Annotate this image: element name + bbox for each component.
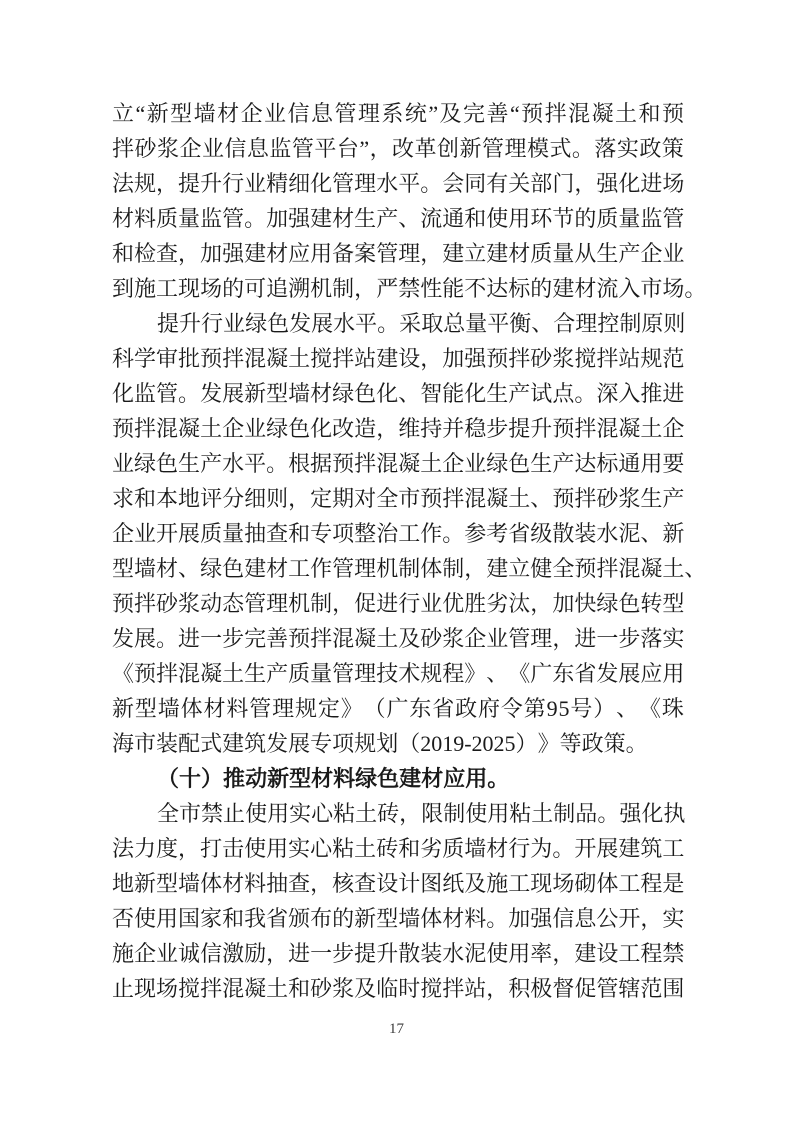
- text-line: 科学审批预拌混凝土搅拌站建设，加强预拌砂浆搅拌站规范: [112, 341, 684, 376]
- paragraph: 立“新型墙材企业信息管理系统”及完善“预拌混凝土和预拌砂浆企业信息监管平台”，改…: [112, 96, 684, 306]
- text-line: 提升行业绿色发展水平。采取总量平衡、合理控制原则: [112, 306, 684, 341]
- text-line: 新型墙体材料管理规定》（广东省政府令第95号）、《珠: [112, 691, 684, 726]
- text-line: 业绿色生产水平。根据预拌混凝土企业绿色生产达标通用要: [112, 446, 684, 481]
- text-line: 止现场搅拌混凝土和砂浆及临时搅拌站，积极督促管辖范围: [112, 971, 684, 1006]
- text-line: 型墙材、绿色建材工作管理机制体制，建立健全预拌混凝土、: [112, 551, 684, 586]
- text-line: 和检查，加强建材应用备案管理，建立建材质量从生产企业: [112, 236, 684, 271]
- text-line: 海市装配式建筑发展专项规划（2019-2025）》等政策。: [112, 726, 684, 761]
- text-line: 求和本地评分细则，定期对全市预拌混凝土、预拌砂浆生产: [112, 481, 684, 516]
- document-text: 立“新型墙材企业信息管理系统”及完善“预拌混凝土和预拌砂浆企业信息监管平台”，改…: [112, 96, 684, 1006]
- heading-line: （十）推动新型材料绿色建材应用。: [112, 761, 684, 796]
- text-line: 化监管。发展新型墙材绿色化、智能化生产试点。深入推进: [112, 376, 684, 411]
- paragraph: 全市禁止使用实心粘土砖，限制使用粘土制品。强化执法力度，打击使用实心粘土砖和劣质…: [112, 796, 684, 1006]
- text-line: 到施工现场的可追溯机制，严禁性能不达标的建材流入市场。: [112, 271, 684, 306]
- page-number: 17: [0, 1021, 793, 1038]
- text-line: 企业开展质量抽查和专项整治工作。参考省级散装水泥、新: [112, 516, 684, 551]
- text-line: 拌砂浆企业信息监管平台”，改革创新管理模式。落实政策: [112, 131, 684, 166]
- text-line: 全市禁止使用实心粘土砖，限制使用粘土制品。强化执: [112, 796, 684, 831]
- text-line: 立“新型墙材企业信息管理系统”及完善“预拌混凝土和预: [112, 96, 684, 131]
- text-line: 地新型墙体材料抽查，核查设计图纸及施工现场砌体工程是: [112, 866, 684, 901]
- section-heading: （十）推动新型材料绿色建材应用。: [112, 761, 684, 796]
- document-page: 立“新型墙材企业信息管理系统”及完善“预拌混凝土和预拌砂浆企业信息监管平台”，改…: [0, 0, 793, 1122]
- text-line: 法规，提升行业精细化管理水平。会同有关部门，强化进场: [112, 166, 684, 201]
- text-line: 施企业诚信激励，进一步提升散装水泥使用率，建设工程禁: [112, 936, 684, 971]
- text-line: 《预拌混凝土生产质量管理技术规程》、《广东省发展应用: [112, 656, 684, 691]
- paragraph: 提升行业绿色发展水平。采取总量平衡、合理控制原则科学审批预拌混凝土搅拌站建设，加…: [112, 306, 684, 761]
- text-line: 法力度，打击使用实心粘土砖和劣质墙材行为。开展建筑工: [112, 831, 684, 866]
- text-line: 预拌混凝土企业绿色化改造，维持并稳步提升预拌混凝土企: [112, 411, 684, 446]
- text-line: 发展。进一步完善预拌混凝土及砂浆企业管理，进一步落实: [112, 621, 684, 656]
- text-line: 预拌砂浆动态管理机制，促进行业优胜劣汰，加快绿色转型: [112, 586, 684, 621]
- text-line: 否使用国家和我省颁布的新型墙体材料。加强信息公开，实: [112, 901, 684, 936]
- text-line: 材料质量监管。加强建材生产、流通和使用环节的质量监管: [112, 201, 684, 236]
